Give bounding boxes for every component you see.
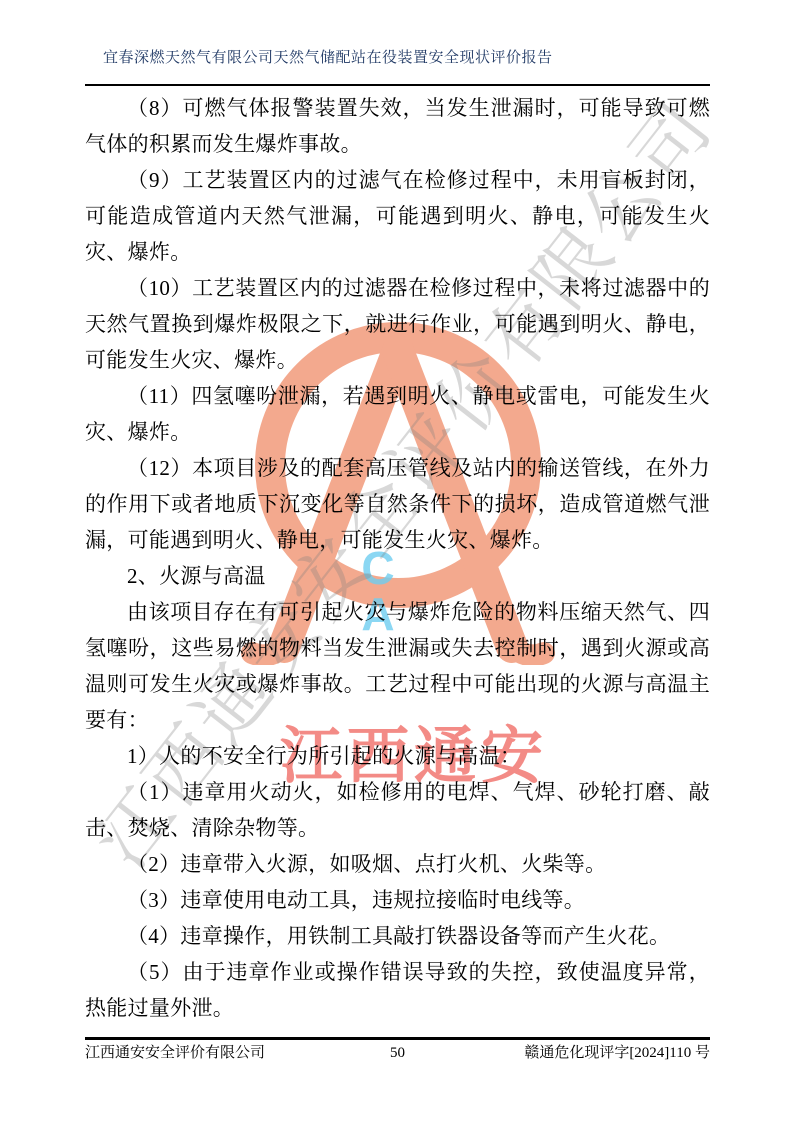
report-body: （8）可燃气体报警装置失效，当发生泄漏时，可能导致可燃气体的积累而发生爆炸事故。… bbox=[85, 90, 710, 1032]
footer-company: 江西通安安全评价有限公司 bbox=[85, 1043, 390, 1063]
body-paragraph: （1）违章用火动火，如检修用的电焊、气焊、砂轮打磨、敲击、焚烧、清除杂物等。 bbox=[85, 774, 710, 846]
body-subheading-unsafe-behavior: 1）人的不安全行为所引起的火源与高温： bbox=[85, 738, 710, 774]
header-divider bbox=[85, 84, 710, 86]
page-number: 50 bbox=[390, 1043, 405, 1063]
footer-doc-number: 赣通危化现评字[2024]110 号 bbox=[405, 1043, 710, 1063]
body-paragraph: （9）工艺装置区内的过滤气在检修过程中，未用盲板封闭，可能造成管道内天然气泄漏，… bbox=[85, 162, 710, 270]
body-paragraph: （10）工艺装置区内的过滤器在检修过程中，未将过滤器中的天然气置换到爆炸极限之下… bbox=[85, 270, 710, 378]
body-paragraph: 由该项目存在有可引起火灾与爆炸危险的物料压缩天然气、四氢噻吩，这些易燃的物料当发… bbox=[85, 594, 710, 738]
document-page: C A 江西通安安全评价有限公司 江西通安 宜春深燃天然气有限公司天然气储配站在… bbox=[0, 0, 793, 1122]
body-subheading-unsafe-state: 2）物的不安全状态引起的点火源： bbox=[85, 1026, 710, 1032]
report-title: 宜春深燃天然气有限公司天然气储配站在役装置安全现状评价报告 bbox=[103, 48, 710, 68]
body-paragraph: （4）违章操作，用铁制工具敲打铁器设备等而产生火花。 bbox=[85, 918, 710, 954]
body-heading-fire-sources: 2、火源与高温 bbox=[85, 558, 710, 594]
body-paragraph: （3）违章使用电动工具，违规拉接临时电线等。 bbox=[85, 882, 710, 918]
body-paragraph: （5）由于违章作业或操作错误导致的失控，致使温度异常，热能过量外泄。 bbox=[85, 954, 710, 1026]
page-header: 宜春深燃天然气有限公司天然气储配站在役装置安全现状评价报告 bbox=[85, 48, 710, 68]
footer-divider bbox=[85, 1037, 710, 1040]
page-footer: 江西通安安全评价有限公司 50 赣通危化现评字[2024]110 号 bbox=[85, 1043, 710, 1063]
body-paragraph: （11）四氢噻吩泄漏，若遇到明火、静电或雷电，可能发生火灾、爆炸。 bbox=[85, 378, 710, 450]
body-paragraph: （8）可燃气体报警装置失效，当发生泄漏时，可能导致可燃气体的积累而发生爆炸事故。 bbox=[85, 90, 710, 162]
body-paragraph: （2）违章带入火源，如吸烟、点打火机、火柴等。 bbox=[85, 846, 710, 882]
body-paragraph: （12）本项目涉及的配套高压管线及站内的输送管线，在外力的作用下或者地质下沉变化… bbox=[85, 450, 710, 558]
